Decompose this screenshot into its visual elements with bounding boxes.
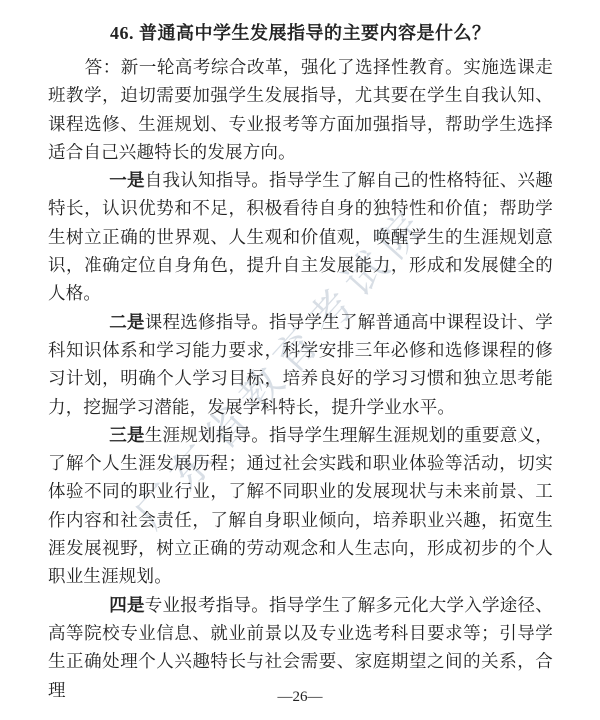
point-paragraph-2: 二是课程选修指导。指导学生了解普通高中课程设计、学科知识体系和学习能力要求，科学… — [48, 308, 553, 421]
page-footer: —26— — [0, 689, 600, 706]
point-paragraph-1: 一是自我认知指导。指导学生了解自己的性格特征、兴趣特长，认识优势和不足，积极看待… — [48, 166, 553, 307]
point-paragraph-4: 四是专业报考指导。指导学生了解多元化大学入学途径、高等院校专业信息、就业前景以及… — [48, 591, 553, 704]
point-3-lead: 三是 — [109, 425, 145, 445]
point-paragraph-3: 三是生涯规划指导。指导学生理解生涯规划的重要意义，了解个人生涯发展历程；通过社会… — [48, 421, 553, 591]
point-1-lead: 一是 — [109, 170, 145, 190]
page-content: 46. 普通高中学生发展指导的主要内容是什么？ 答：新一轮高考综合改革，强化了选… — [48, 20, 553, 704]
point-3-text: 生涯规划指导。指导学生理解生涯规划的重要意义，了解个人生涯发展历程；通过社会实践… — [48, 425, 553, 586]
answer-text: 新一轮高考综合改革，强化了选择性教育。实施选课走班教学，迫切需要加强学生发展指导… — [48, 57, 553, 162]
document-page: 广东省教育考试院 46. 普通高中学生发展指导的主要内容是什么？ 答：新一轮高考… — [0, 0, 600, 720]
question-title: 46. 普通高中学生发展指导的主要内容是什么？ — [110, 20, 553, 46]
point-2-lead: 二是 — [109, 312, 145, 332]
answer-paragraph: 答：新一轮高考综合改革，强化了选择性教育。实施选课走班教学，迫切需要加强学生发展… — [48, 53, 553, 166]
answer-lead: 答： — [85, 57, 121, 77]
page-number: —26— — [278, 689, 323, 705]
point-4-lead: 四是 — [109, 595, 145, 615]
